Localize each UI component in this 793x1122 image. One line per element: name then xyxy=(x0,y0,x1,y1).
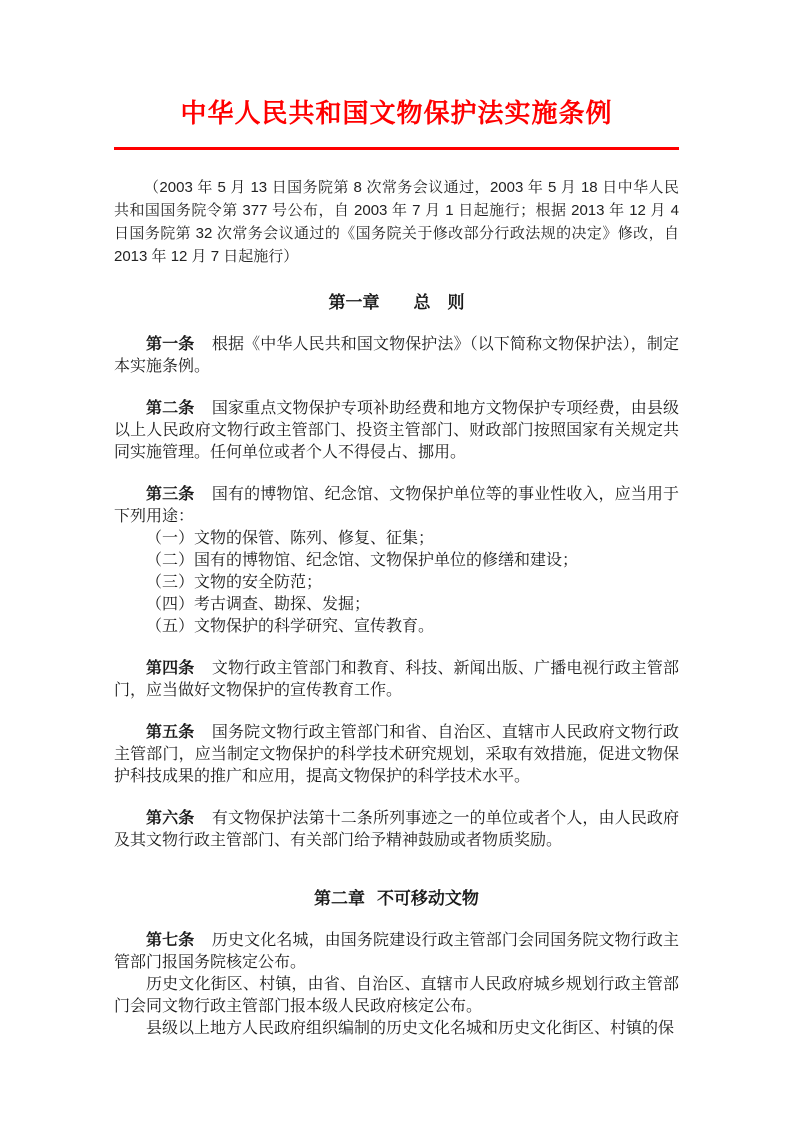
document-title: 中华人民共和国文物保护法实施条例 xyxy=(114,96,679,132)
article-5-text: 国务院文物行政主管部门和省、自治区、直辖市人民政府文物行政主管部门，应当制定文物… xyxy=(114,724,679,785)
preamble-paragraph: （2003 年 5 月 13 日国务院第 8 次常务会议通过，2003 年 5 … xyxy=(114,176,679,268)
article-6-label: 第六条 xyxy=(146,810,194,827)
chapter-2: 第二章不可移动文物 第七条历史文化名城，由国务院建设行政主管部门会同国务院文物行… xyxy=(114,888,679,1040)
article-4-paragraph: 第四条文物行政主管部门和教育、科技、新闻出版、广播电视行政主管部门，应当做好文物… xyxy=(114,658,679,702)
title-divider xyxy=(114,147,679,150)
article-3-item-1: （一）文物的保管、陈列、修复、征集； xyxy=(114,528,679,550)
article-1-paragraph: 第一条根据《中华人民共和国文物保护法》（以下简称文物保护法），制定本实施条例。 xyxy=(114,334,679,378)
document-page: 中华人民共和国文物保护法实施条例 （2003 年 5 月 13 日国务院第 8 … xyxy=(0,0,793,1122)
article-4-text: 文物行政主管部门和教育、科技、新闻出版、广播电视行政主管部门，应当做好文物保护的… xyxy=(114,660,679,699)
article-2-paragraph: 第二条国家重点文物保护专项补助经费和地方文物保护专项经费，由县级以上人民政府文物… xyxy=(114,398,679,464)
article-3-item-5: （五）文物保护的科学研究、宣传教育。 xyxy=(114,616,679,638)
chapter-2-name: 不可移动文物 xyxy=(377,889,479,908)
chapter-1-number: 第一章 xyxy=(329,293,380,312)
article-3-paragraph: 第三条国有的博物馆、纪念馆、文物保护单位等的事业性收入，应当用于下列用途： xyxy=(114,484,679,528)
article-3-item-2: （二）国有的博物馆、纪念馆、文物保护单位的修缮和建设； xyxy=(114,550,679,572)
article-2-label: 第二条 xyxy=(146,400,194,417)
article-3-text: 国有的博物馆、纪念馆、文物保护单位等的事业性收入，应当用于下列用途： xyxy=(114,486,679,525)
article-3-item-4: （四）考古调查、勘探、发掘； xyxy=(114,594,679,616)
chapter-1-name: 总 则 xyxy=(414,293,465,312)
article-3-item-3: （三）文物的安全防范； xyxy=(114,572,679,594)
article-3-label: 第三条 xyxy=(146,486,194,503)
article-1-text: 根据《中华人民共和国文物保护法》（以下简称文物保护法），制定本实施条例。 xyxy=(114,336,679,375)
article-5-label: 第五条 xyxy=(146,724,194,741)
article-6-paragraph: 第六条有文物保护法第十二条所列事迹之一的单位或者个人，由人民政府及其文物行政主管… xyxy=(114,808,679,852)
article-1-label: 第一条 xyxy=(146,336,194,353)
article-5-paragraph: 第五条国务院文物行政主管部门和省、自治区、直辖市人民政府文物行政主管部门，应当制… xyxy=(114,722,679,788)
article-4-label: 第四条 xyxy=(146,660,194,677)
chapter-1-heading: 第一章总 则 xyxy=(114,292,679,314)
chapter-2-heading: 第二章不可移动文物 xyxy=(114,888,679,910)
article-7-paragraph-2: 历史文化街区、村镇，由省、自治区、直辖市人民政府城乡规划行政主管部门会同文物行政… xyxy=(114,974,679,1018)
article-2-text: 国家重点文物保护专项补助经费和地方文物保护专项经费，由县级以上人民政府文物行政主… xyxy=(114,400,679,461)
article-6-text: 有文物保护法第十二条所列事迹之一的单位或者个人，由人民政府及其文物行政主管部门、… xyxy=(114,810,679,849)
chapter-1: 第一章总 则 第一条根据《中华人民共和国文物保护法》（以下简称文物保护法），制定… xyxy=(114,292,679,852)
article-7-paragraph: 第七条历史文化名城，由国务院建设行政主管部门会同国务院文物行政主管部门报国务院核… xyxy=(114,930,679,974)
article-7-text: 历史文化名城，由国务院建设行政主管部门会同国务院文物行政主管部门报国务院核定公布… xyxy=(114,932,679,971)
article-7-paragraph-3: 县级以上地方人民政府组织编制的历史文化名城和历史文化街区、村镇的保 xyxy=(114,1018,679,1040)
chapter-2-number: 第二章 xyxy=(314,889,365,908)
article-7-label: 第七条 xyxy=(146,932,194,949)
